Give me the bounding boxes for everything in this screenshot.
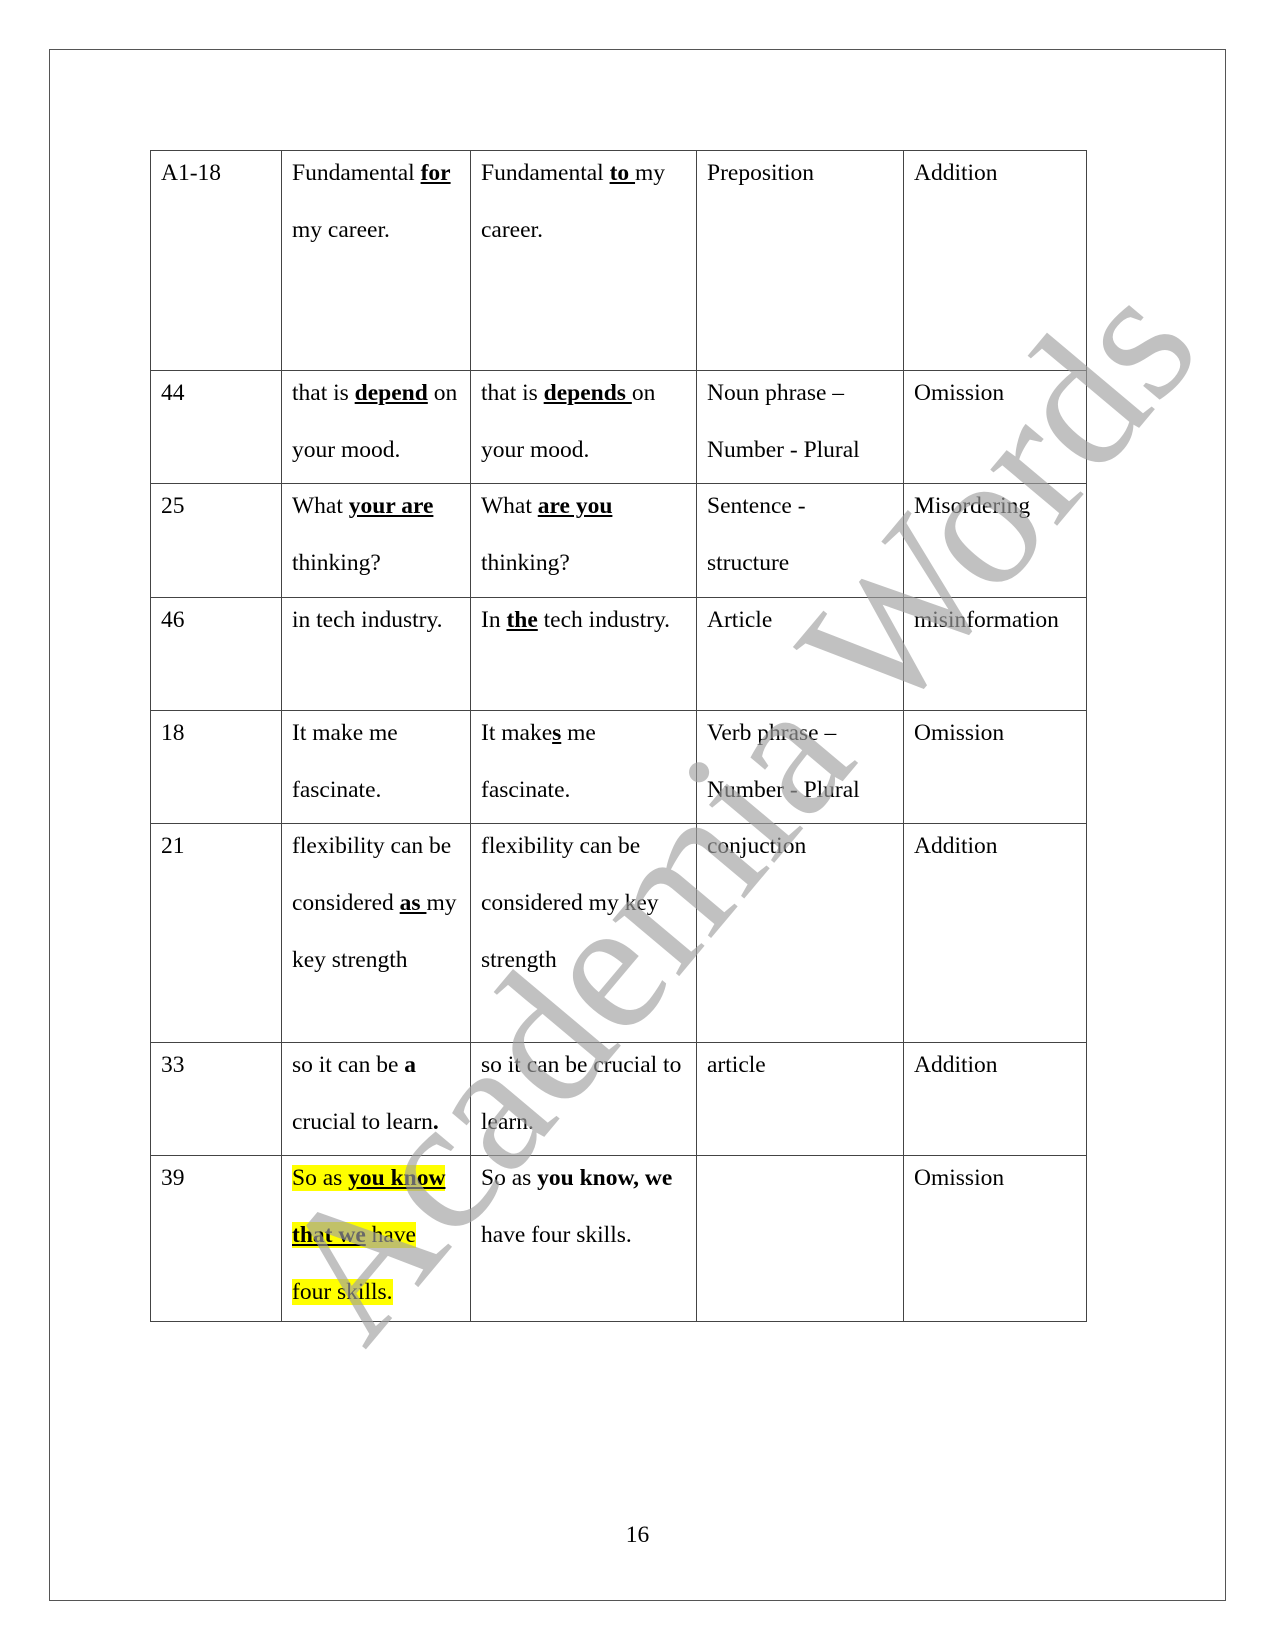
cell-sample-id-text: 21	[161, 818, 271, 875]
cell-category-text: Sentence - structure	[707, 478, 893, 592]
table-row: 18It make me fascinate.It makes me fasci…	[151, 711, 1087, 824]
correction-segment: that is	[481, 380, 544, 406]
cell-category: Sentence - structure	[697, 484, 904, 598]
correction-segment: to	[610, 160, 635, 186]
cell-error-type-text: Misordering	[914, 478, 1076, 535]
cell-correction-text: flexibility can be considered my key str…	[481, 818, 686, 989]
cell-category-text: Article	[707, 592, 893, 649]
cell-error-text: flexibility can be considered as my key …	[292, 818, 460, 989]
cell-sample-id-text: 33	[161, 1037, 271, 1094]
correction-segment: s	[552, 720, 561, 746]
table-body: A1-18Fundamental for my career.Fundament…	[151, 151, 1087, 1322]
cell-category-text: conjuction	[707, 818, 893, 875]
correction-segment: you know,	[537, 1165, 639, 1191]
cell-correction-text: Fundamental to my career.	[481, 145, 686, 259]
error-segment: .	[433, 1109, 439, 1135]
cell-error-type: Addition	[904, 824, 1087, 1043]
cell-sample-id-text: 44	[161, 365, 271, 422]
cell-error: So as you know that we have four skills.	[282, 1156, 471, 1322]
error-segment: as	[400, 890, 427, 916]
cell-error-text: so it can be a crucial to learn.	[292, 1037, 460, 1151]
correction-segment: are you	[538, 493, 613, 519]
cell-sample-id: 18	[151, 711, 282, 824]
error-segment: for	[421, 160, 451, 186]
cell-error-type-text: Addition	[914, 145, 1076, 202]
correction-segment: Fundamental	[481, 160, 610, 186]
cell-error: flexibility can be considered as my key …	[282, 824, 471, 1043]
cell-correction: In the tech industry.	[471, 598, 697, 711]
cell-error: Fundamental for my career.	[282, 151, 471, 371]
cell-error: so it can be a crucial to learn.	[282, 1043, 471, 1156]
error-segment: my career.	[292, 217, 390, 243]
cell-correction-text: that is depends on your mood.	[481, 365, 686, 479]
error-segment: depend	[355, 380, 428, 406]
cell-correction: What are you thinking?	[471, 484, 697, 598]
error-segment: So as	[292, 1165, 348, 1191]
table-row: 39So as you know that we have four skill…	[151, 1156, 1087, 1322]
cell-error-text: It make me fascinate.	[292, 705, 460, 819]
correction-segment: so it can be crucial to learn.	[481, 1052, 681, 1135]
cell-error-type-text: Omission	[914, 705, 1076, 762]
cell-correction: It makes me fascinate.	[471, 711, 697, 824]
table-row: 21flexibility can be considered as my ke…	[151, 824, 1087, 1043]
cell-error-type-text: Addition	[914, 1037, 1076, 1094]
correction-segment: depends	[544, 380, 632, 406]
correction-segment: have four skills.	[481, 1222, 632, 1248]
cell-error-type-text: Omission	[914, 1150, 1076, 1207]
cell-correction-text: So as you know, we have four skills.	[481, 1150, 686, 1264]
correction-segment: flexibility can be considered my key str…	[481, 833, 659, 973]
cell-sample-id-text: 46	[161, 592, 271, 649]
cell-category: Article	[697, 598, 904, 711]
cell-error-text: What your are thinking?	[292, 478, 460, 592]
cell-sample-id-text: A1-18	[161, 145, 271, 202]
cell-error-type: Addition	[904, 151, 1087, 371]
error-segment: so it can be	[292, 1052, 404, 1078]
cell-error-type: Omission	[904, 711, 1087, 824]
cell-category: article	[697, 1043, 904, 1156]
cell-sample-id-text: 39	[161, 1150, 271, 1207]
cell-error-text: So as you know that we have four skills.	[292, 1150, 460, 1321]
cell-sample-id: 33	[151, 1043, 282, 1156]
cell-correction-text: In the tech industry.	[481, 592, 686, 649]
cell-error-type-text: misinformation	[914, 592, 1076, 649]
cell-category: Noun phrase – Number - Plural	[697, 371, 904, 484]
cell-error-type-text: Addition	[914, 818, 1076, 875]
cell-correction-text: It makes me fascinate.	[481, 705, 686, 819]
cell-category	[697, 1156, 904, 1322]
cell-sample-id: 46	[151, 598, 282, 711]
cell-correction: so it can be crucial to learn.	[471, 1043, 697, 1156]
error-segment: Fundamental	[292, 160, 421, 186]
cell-correction: So as you know, we have four skills.	[471, 1156, 697, 1322]
error-segment: thinking?	[292, 550, 381, 576]
cell-sample-id: 44	[151, 371, 282, 484]
cell-sample-id-text: 18	[161, 705, 271, 762]
error-segment: in tech industry.	[292, 607, 443, 633]
table-row: 25What your are thinking?What are you th…	[151, 484, 1087, 598]
cell-category: Preposition	[697, 151, 904, 371]
cell-error-type: Omission	[904, 371, 1087, 484]
cell-category-text: Verb phrase – Number - Plural	[707, 705, 893, 819]
cell-sample-id-text: 25	[161, 478, 271, 535]
table-row: 46in tech industry.In the tech industry.…	[151, 598, 1087, 711]
cell-error: What your are thinking?	[282, 484, 471, 598]
cell-correction: Fundamental to my career.	[471, 151, 697, 371]
cell-error: that is depend on your mood.	[282, 371, 471, 484]
table-row: 44that is depend on your mood.that is de…	[151, 371, 1087, 484]
cell-category-text: Noun phrase – Number - Plural	[707, 365, 893, 479]
correction-segment: the	[506, 607, 537, 633]
error-segment: crucial to learn	[292, 1109, 433, 1135]
table-row: 33so it can be a crucial to learn.so it …	[151, 1043, 1087, 1156]
correction-segment: In	[481, 607, 506, 633]
cell-category-text: Preposition	[707, 145, 893, 202]
correction-segment: It make	[481, 720, 552, 746]
correction-segment: tech industry.	[538, 607, 670, 633]
cell-correction: flexibility can be considered my key str…	[471, 824, 697, 1043]
cell-correction-text: What are you thinking?	[481, 478, 686, 592]
cell-correction-text: so it can be crucial to learn.	[481, 1037, 686, 1151]
cell-error: in tech industry.	[282, 598, 471, 711]
cell-sample-id: 39	[151, 1156, 282, 1322]
cell-sample-id: 25	[151, 484, 282, 598]
cell-sample-id: A1-18	[151, 151, 282, 371]
cell-error-type-text: Omission	[914, 365, 1076, 422]
correction-segment: So as	[481, 1165, 537, 1191]
correction-segment: thinking?	[481, 550, 570, 576]
cell-error-type: Omission	[904, 1156, 1087, 1322]
error-segment: your are	[349, 493, 434, 519]
cell-error: It make me fascinate.	[282, 711, 471, 824]
error-segment: What	[292, 493, 349, 519]
cell-error-text: in tech industry.	[292, 592, 460, 649]
page-number: 16	[0, 1522, 1275, 1549]
correction-segment: we	[645, 1165, 672, 1191]
error-analysis-table: A1-18Fundamental for my career.Fundament…	[150, 150, 1087, 1322]
error-segment: a	[404, 1052, 416, 1078]
cell-error-type: Misordering	[904, 484, 1087, 598]
cell-error-text: that is depend on your mood.	[292, 365, 460, 479]
correction-segment: What	[481, 493, 538, 519]
cell-error-type: Addition	[904, 1043, 1087, 1156]
table-row: A1-18Fundamental for my career.Fundament…	[151, 151, 1087, 371]
cell-category: Verb phrase – Number - Plural	[697, 711, 904, 824]
cell-correction: that is depends on your mood.	[471, 371, 697, 484]
error-segment: It make me fascinate.	[292, 720, 398, 803]
cell-category: conjuction	[697, 824, 904, 1043]
cell-category-text: article	[707, 1037, 893, 1094]
error-segment: that is	[292, 380, 355, 406]
cell-error-type: misinformation	[904, 598, 1087, 711]
cell-sample-id: 21	[151, 824, 282, 1043]
cell-error-text: Fundamental for my career.	[292, 145, 460, 259]
